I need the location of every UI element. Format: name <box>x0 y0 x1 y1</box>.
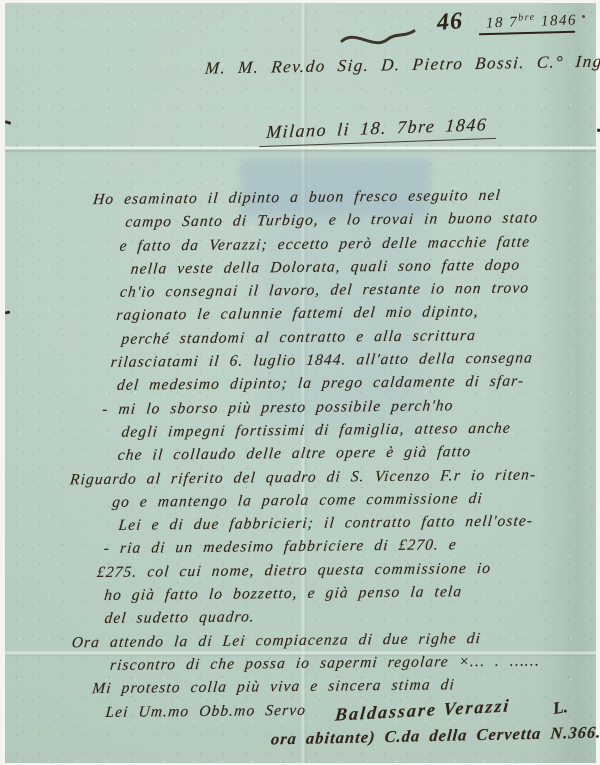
archive-number: 46 <box>436 8 464 37</box>
addressee-line: M. M. Rev.do Sig. D. Pietro Bossi. C.° I… <box>204 51 600 78</box>
ink-speck <box>5 120 12 125</box>
archive-date: 18 7bre 1846 <box>486 10 578 32</box>
letter-body: Ho esaminato il dipinto a buon fresco es… <box>5 183 600 725</box>
scanned-letter-page: 46 18 7bre 1846 M. M. Rev.do Sig. D. Pie… <box>0 0 600 765</box>
letter-paper: 46 18 7bre 1846 M. M. Rev.do Sig. D. Pie… <box>5 3 596 763</box>
residence-address-line: ora abitante) C.da della Cervetta N.366. <box>270 723 600 750</box>
archive-date-superscript: bre <box>518 12 536 24</box>
archive-date-day: 18 7 <box>486 14 519 31</box>
ink-speck <box>582 15 585 18</box>
signature-flourish: L. <box>552 697 569 719</box>
dateline: Milano li 18. 7bre 1846 <box>259 114 498 147</box>
archive-date-year: 1846 <box>535 12 577 29</box>
